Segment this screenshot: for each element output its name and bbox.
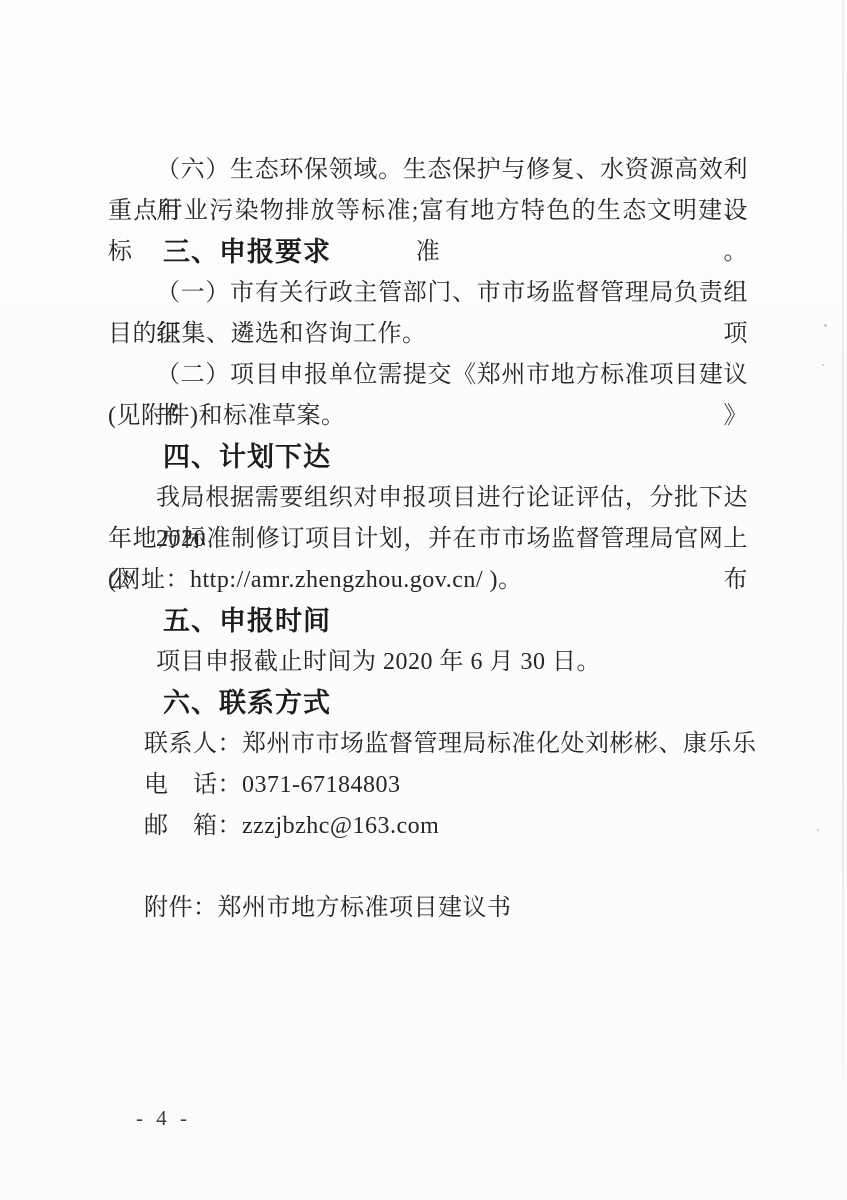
scan-speck [822,364,824,366]
scan-speck [824,324,827,327]
heading-plan-issuance: 四、计划下达 [108,437,748,478]
contact-phone-line: 电 话：0371-67184803 [108,765,748,806]
attachment-line: 附件：郑州市地方标准项目建议书 [108,888,748,929]
page-number: - 4 - [136,1106,191,1131]
para-eco-domain-line-2: 重点行业污染物排放等标准;富有地方特色的生态文明建设标准。 [108,191,748,232]
para-deadline: 项目申报截止时间为 2020 年 6 月 30 日。 [108,642,748,683]
document-body: （六）生态环保领域。生态保护与修复、水资源高效利用、 重点行业污染物排放等标准;… [108,150,748,929]
heading-application-deadline: 五、申报时间 [108,601,748,642]
para-plan-line-1: 我局根据需要组织对申报项目进行论证评估，分批下达 2020 [108,478,748,519]
scanned-document-page: （六）生态环保领域。生态保护与修复、水资源高效利用、 重点行业污染物排放等标准;… [0,0,847,1200]
para-item-1-line-1: （一）市有关行政主管部门、市市场监督管理局负责组织项 [108,273,748,314]
contact-person-line: 联系人：郑州市市场监督管理局标准化处刘彬彬、康乐乐 [108,724,748,765]
contact-email-line: 邮 箱：zzzjbzhc@163.com [108,806,748,847]
scan-speck [817,829,819,831]
para-item-2-line-1: （二）项目申报单位需提交《郑州市地方标准项目建议书》 [108,355,748,396]
para-plan-line-2: 年地方标准制修订项目计划，并在市市场监督管理局官网上公布 [108,519,748,560]
heading-contact-info: 六、联系方式 [108,683,748,724]
scan-edge-artifact [842,0,844,1080]
para-eco-domain-line-1: （六）生态环保领域。生态保护与修复、水资源高效利用、 [108,150,748,191]
